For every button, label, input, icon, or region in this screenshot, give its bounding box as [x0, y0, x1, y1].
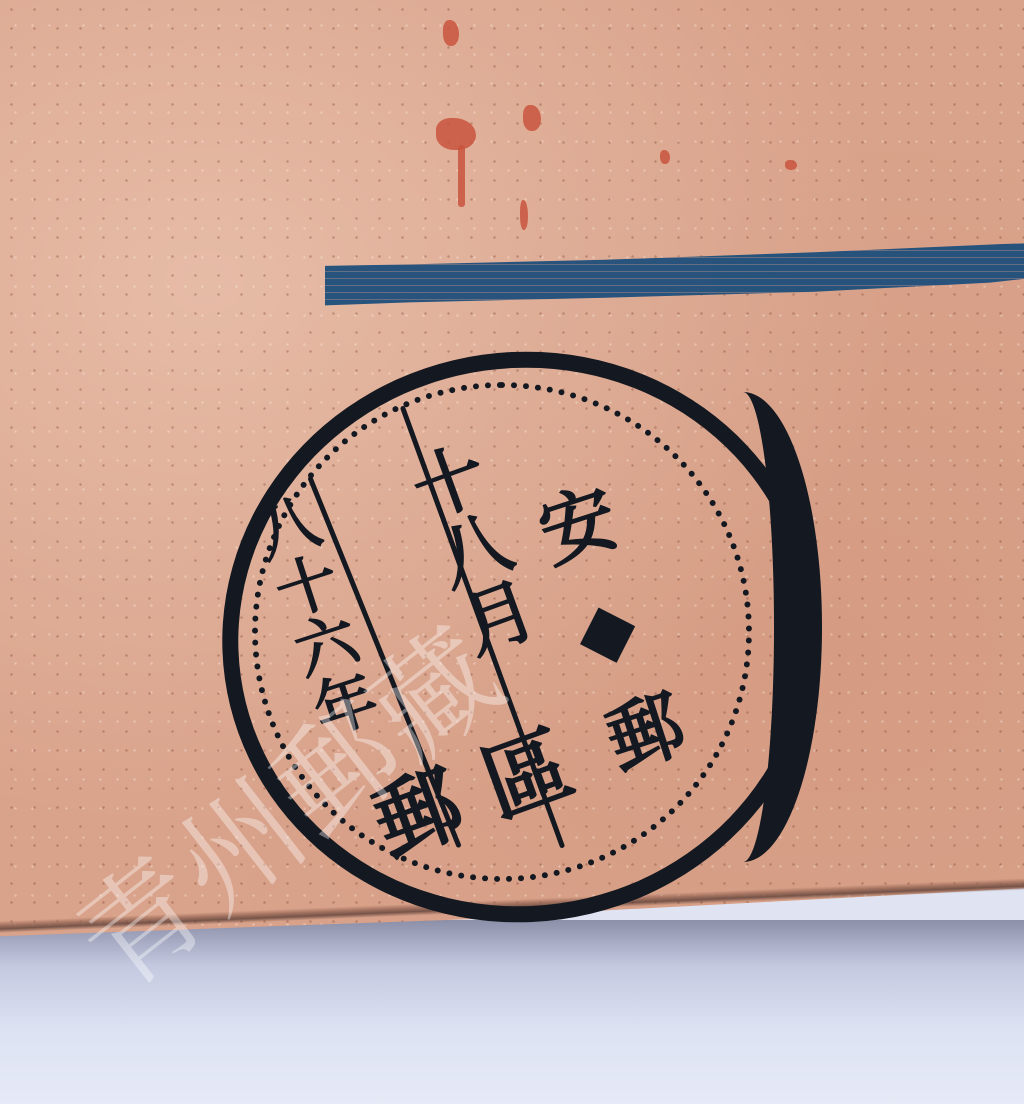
red-ink-mark	[443, 20, 459, 46]
red-ink-mark	[436, 118, 476, 150]
red-ink-mark	[785, 160, 797, 170]
red-ink-mark	[660, 150, 670, 164]
red-ink-mark	[523, 105, 541, 131]
photo-scene: 八十六年 十八月 安 ◆ 郵 郵 區 青州郵藏	[0, 0, 1024, 1104]
red-ink-mark	[458, 145, 465, 207]
red-ink-mark	[520, 200, 528, 230]
